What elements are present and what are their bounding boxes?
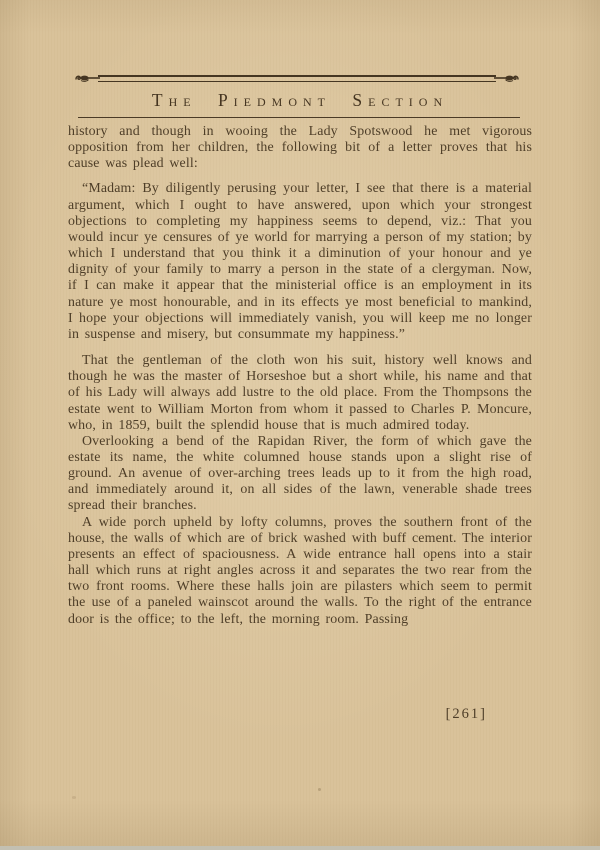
paper-speck [432,128,434,130]
scroll-flourish-right-icon [494,71,520,85]
paper-speck [318,788,321,791]
double-rule-line [98,75,496,82]
ornamental-rule [74,71,520,85]
text-block: history and though in wooing the Lady Sp… [68,124,532,628]
paragraph-continuation: history and though in wooing the Lady Sp… [68,124,532,172]
running-title: The Piedmont Section [0,90,600,111]
page-number: [261] [0,706,487,723]
paragraph: Overlooking a bend of the Rapidan River,… [68,434,532,515]
scroll-flourish-left-icon [74,71,100,85]
paragraph: A wide porch upheld by lofty columns, pr… [68,515,532,628]
book-page: The Piedmont Section history and though … [0,0,600,850]
title-underline-rule [78,117,520,118]
paragraph-letter-quote: “Madam: By diligently perusing your lett… [68,181,532,343]
paragraph: That the gentleman of the cloth won his … [68,353,532,434]
paper-speck [72,796,76,799]
page-bottom-edge [0,846,600,850]
